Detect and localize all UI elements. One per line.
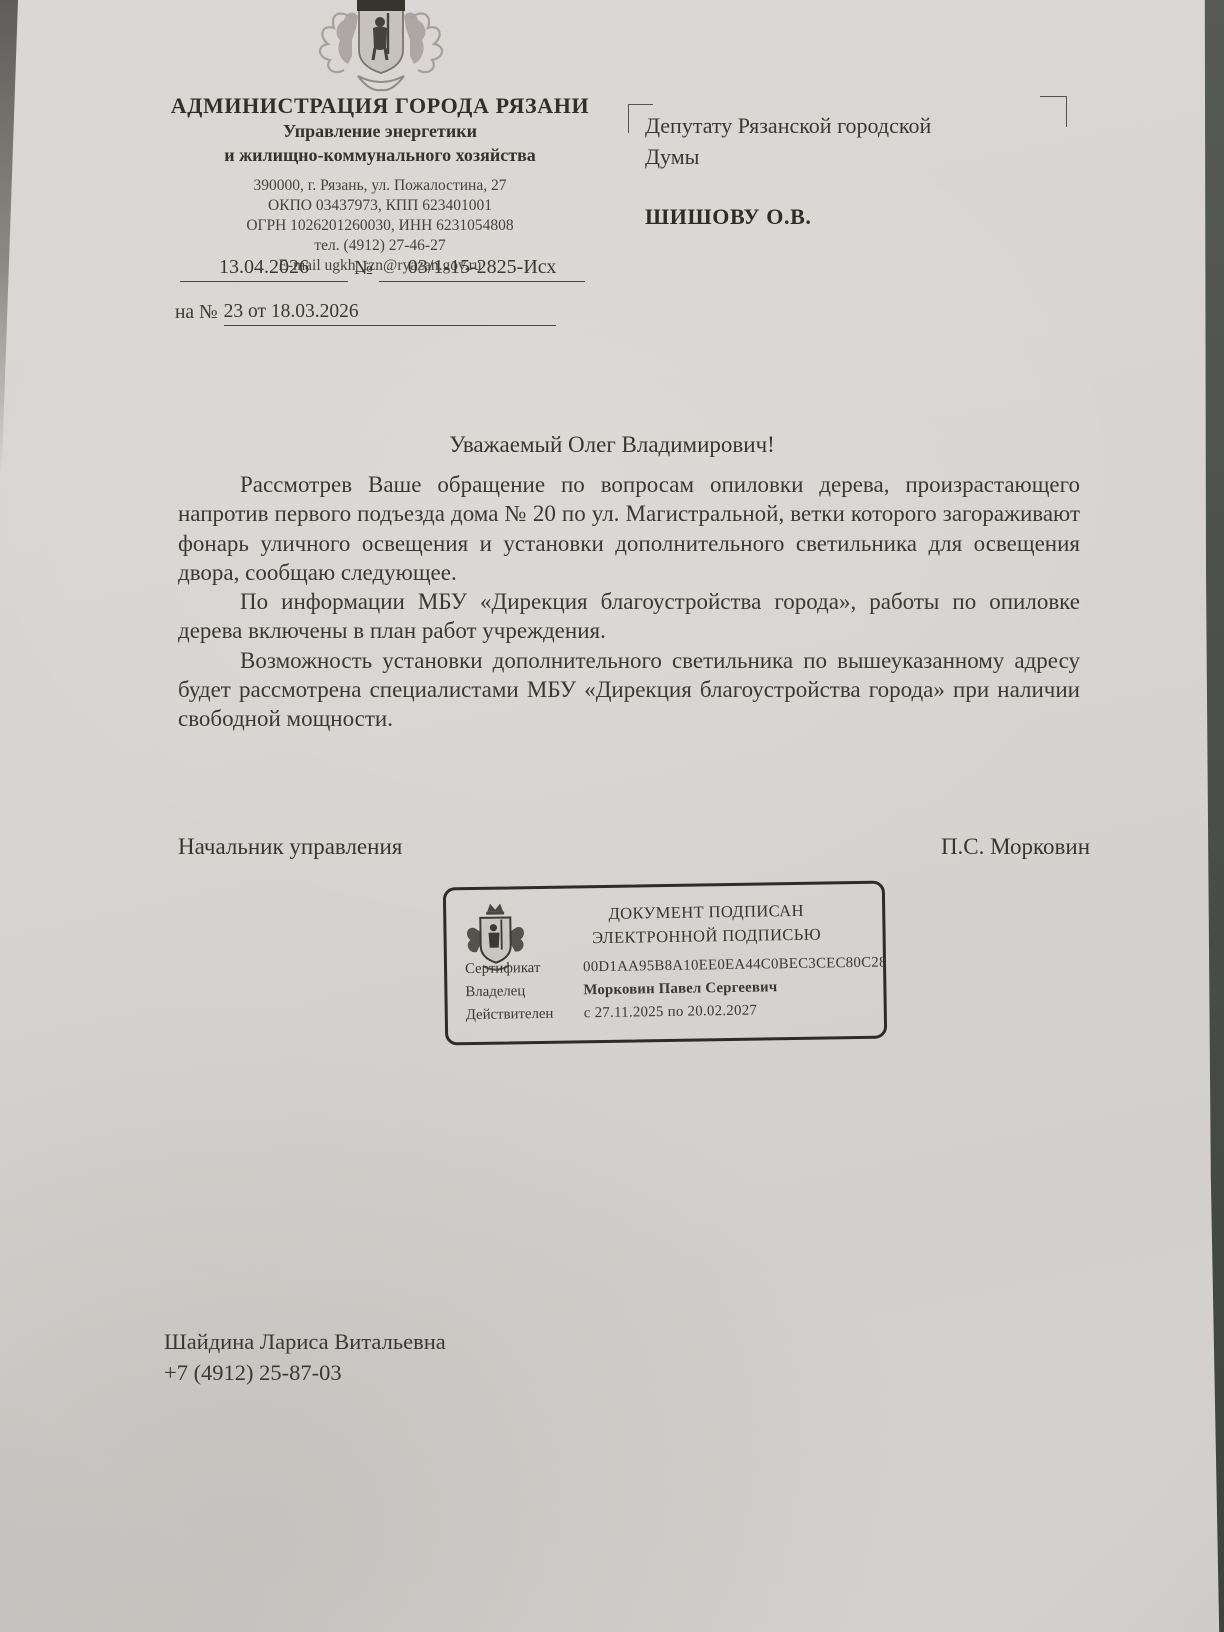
stamp-validity-row: Действителен с 27.11.2025 по 20.02.2027 xyxy=(466,998,871,1027)
certificate-label: Сертификат xyxy=(465,956,583,981)
background-surface-right xyxy=(1164,0,1224,1632)
recipient-block: Депутату Рязанской городской Думы xyxy=(645,110,1045,172)
background-surface-top-left xyxy=(0,0,18,480)
validity-value: с 27.11.2025 по 20.02.2027 xyxy=(584,1000,758,1026)
recipient-line1: Депутату Рязанской городской xyxy=(645,110,1045,141)
owner-label: Владелец xyxy=(465,979,583,1004)
stamp-details: Сертификат 00D1AA95B8A10EE0EA44C0BEC3CEC… xyxy=(465,952,871,1027)
reply-ref-row: на № 23 от 18.03.2026 xyxy=(175,301,556,326)
signer-name: П.С. Морковин xyxy=(941,834,1090,860)
stamp-title: ДОКУМЕНТ ПОДПИСАН ЭЛЕКТРОННОЙ ПОДПИСЬЮ xyxy=(546,898,867,951)
outgoing-number: 03/1-15-2825-Исх xyxy=(379,256,585,282)
executor-block: Шайдина Лариса Витальевна +7 (4912) 25-8… xyxy=(164,1326,446,1388)
org-phone: тел. (4912) 27-46-27 xyxy=(150,236,610,256)
org-okpo-kpp: ОКПО 03437973, КПП 623401001 xyxy=(150,196,610,216)
org-ogrn-inn: ОГРН 1026201260030, ИНН 6231054808 xyxy=(150,216,610,236)
stamp-title-line2: ЭЛЕКТРОННОЙ ПОДПИСЬЮ xyxy=(546,922,866,951)
validity-label: Действителен xyxy=(466,1002,584,1027)
owner-value: Морковин Павел Сергеевич xyxy=(583,976,777,1002)
org-address: 390000, г. Рязань, ул. Пожалостина, 27 xyxy=(150,176,610,196)
executor-name: Шайдина Лариса Витальевна xyxy=(164,1326,446,1357)
org-division-line1: Управление энергетики xyxy=(150,121,610,142)
signer-position: Начальник управления xyxy=(178,834,402,860)
paragraph-2: По информации МБУ «Дирекция благоустройс… xyxy=(178,587,1080,646)
reply-ref-prefix: на № xyxy=(175,302,218,326)
reply-ref-value: 23 от 18.03.2026 xyxy=(224,301,556,326)
letter-photo: АДМИНИСТРАЦИЯ ГОРОДА РЯЗАНИ Управление э… xyxy=(0,0,1224,1632)
ryazan-coat-of-arms-icon xyxy=(300,0,462,98)
certificate-value: 00D1AA95B8A10EE0EA44C0BEC3CEC80C28 xyxy=(583,952,887,980)
org-division-line2: и жилищно-коммунального хозяйства xyxy=(150,145,610,166)
recipient-line2: Думы xyxy=(645,141,1045,172)
salutation: Уважаемый Олег Владимирович! xyxy=(162,432,1062,458)
electronic-signature-stamp: ДОКУМЕНТ ПОДПИСАН ЭЛЕКТРОННОЙ ПОДПИСЬЮ С… xyxy=(443,881,887,1046)
paragraph-1: Рассмотрев Ваше обращение по вопросам оп… xyxy=(178,470,1080,587)
recipient-name: ШИШОВУ О.В. xyxy=(645,204,811,230)
number-sign: № xyxy=(354,257,373,280)
outgoing-ref-row: 13.04.2026 № 03/1-15-2825-Исх xyxy=(180,256,600,282)
signature-row: Начальник управления П.С. Морковин xyxy=(178,834,1090,860)
org-name: АДМИНИСТРАЦИЯ ГОРОДА РЯЗАНИ xyxy=(150,93,610,119)
outgoing-date: 13.04.2026 xyxy=(180,256,348,282)
executor-phone: +7 (4912) 25-87-03 xyxy=(164,1357,446,1388)
letter-body: Рассмотрев Ваше обращение по вопросам оп… xyxy=(178,470,1080,734)
paragraph-3: Возможность установки дополнительного св… xyxy=(178,646,1080,734)
